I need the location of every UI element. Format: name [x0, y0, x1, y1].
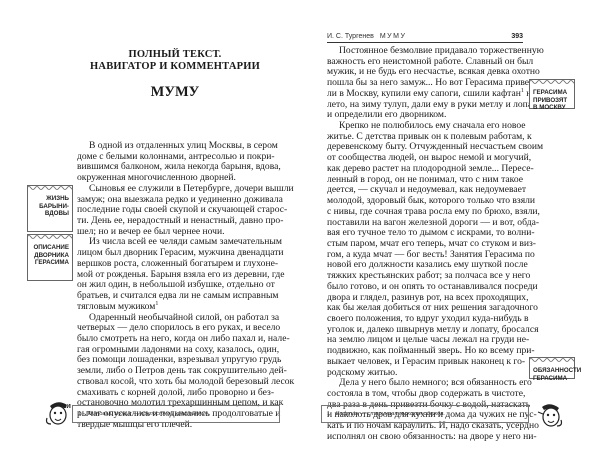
text-line: было готово, и он опять то останавливалс… — [327, 282, 523, 293]
story-title: МУМУ — [77, 84, 273, 100]
text-line: тягловым мужиком1 — [77, 302, 273, 313]
text-line: с нивы, где сочная трава росла ему по бр… — [327, 207, 523, 218]
text-line: исполнял он свою обязанность: на дворе у… — [327, 432, 523, 443]
footnote: 1Тя́гловый мужик — крепостной крестьянин… — [72, 405, 280, 423]
running-head-author: И. С. Тургенев — [327, 33, 374, 40]
margin-note-line: ОПИСАНИЕ — [31, 244, 69, 252]
text-line: ствовал косой, что хоть бы молодой берез… — [77, 377, 273, 388]
footnote-text: Кафта́н — старинная мужская одежда. — [336, 411, 445, 417]
margin-note-barynya-life: ЖИЗНЬ БАРЫНИ- ВДОВЫ — [27, 185, 73, 232]
book-title-line-1: ПОЛНЫЙ ТЕКСТ. — [77, 49, 273, 61]
footnote-number: 1 — [327, 411, 330, 417]
reader-mascot-icon: ВИБ — [45, 398, 71, 426]
right-body-text: Постоянное безмолвие придавало торжестве… — [327, 46, 523, 443]
footnote-number: 1 — [78, 411, 81, 417]
margin-note-line: ЖИЗНЬ — [31, 195, 69, 203]
margin-note-gerasim-moscow: ГЕРАСИМА ПРИВОЗЯТ В МОСКВУ — [529, 79, 575, 109]
left-page: ПОЛНЫЙ ТЕКСТ. НАВИГАТОР И КОММЕНТАРИИ МУ… — [0, 0, 300, 466]
margin-note-line: ВДОВЫ — [31, 210, 69, 218]
right-page: И. С. ТургеневМУМУ 393 Постоянное безмол… — [300, 0, 600, 466]
text-line: ли в Москву, купили ему сапоги, сшили ка… — [327, 89, 523, 100]
wavy-edge-icon — [529, 357, 575, 363]
reader-mascot-icon — [537, 400, 563, 428]
margin-note-line: ДВОРНИКА — [31, 252, 69, 260]
svg-text:ВИБ: ВИБ — [63, 404, 71, 410]
book-section-title: ПОЛНЫЙ ТЕКСТ. НАВИГАТОР И КОММЕНТАРИИ — [77, 49, 273, 73]
margin-note-line: ГЕРАСИМА — [533, 89, 571, 97]
footnote: 1Кафта́н — старинная мужская одежда. — [321, 405, 529, 423]
footnote-text: Тя́гловый мужик — крепостной крестьянин. — [87, 411, 209, 417]
page-number: 393 — [511, 32, 523, 41]
margin-note-gerasim-duties: ОБЯЗАННОСТИ ГЕРАСИМА — [529, 357, 575, 379]
margin-note-line: ПРИВОЗЯТ — [533, 97, 571, 105]
running-head: И. С. ТургеневМУМУ 393 — [327, 32, 523, 43]
wavy-edge-icon — [27, 185, 73, 191]
footnote-marker: 1 — [155, 301, 158, 307]
running-head-title: МУМУ — [380, 33, 407, 40]
book-title-line-2: НАВИГАТОР И КОММЕНТАРИИ — [77, 61, 273, 73]
margin-note-line: ОБЯЗАННОСТИ — [533, 367, 571, 375]
margin-note-line: В МОСКВУ — [533, 104, 571, 112]
footnote-marker: 1 — [521, 88, 524, 94]
text-line: выкает человек, и Герасим привык наконец… — [327, 357, 523, 368]
margin-note-line: ГЕРАСИМА — [31, 259, 69, 267]
margin-note-line: БАРЫНИ- — [31, 203, 69, 211]
wavy-edge-icon — [529, 79, 575, 85]
margin-note-line: ГЕРАСИМА — [533, 375, 571, 383]
running-head-left: И. С. ТургеневМУМУ — [327, 32, 406, 41]
wavy-edge-icon — [27, 234, 73, 240]
left-body-text: В одной из отдаленных улиц Москвы, в сер… — [77, 141, 273, 430]
text-line: Сыновья ее служили в Петербурге, дочери … — [77, 184, 273, 195]
margin-note-gerasim-description: ОПИСАНИЕ ДВОРНИКА ГЕРАСИМА — [27, 234, 73, 281]
